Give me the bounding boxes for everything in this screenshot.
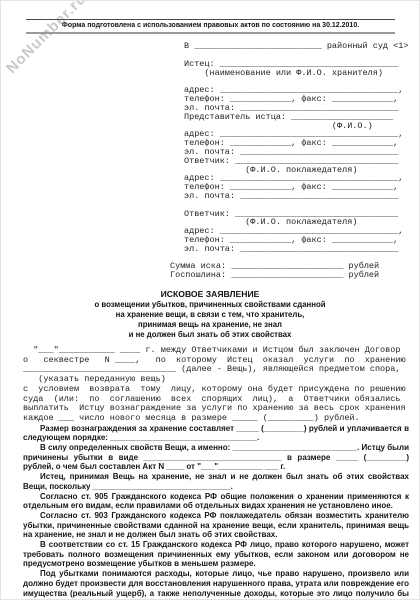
form-line-email: эл. почта: _____________________________… [184, 245, 416, 254]
body-paragraph-art-905: Согласно ст. 905 Гражданского кодекса РФ… [23, 492, 409, 511]
body-paragraph-art-15: В соответствии со ст. 15 Гражданского ко… [23, 540, 409, 569]
document-subtitle: и не должен был знать об этих свойствах [1, 330, 419, 340]
party-details-block: Истец: _________________________________… [184, 60, 416, 280]
body-mono-line: каждое ___ число нового месяца в размере… [23, 414, 409, 424]
form-line-email: эл. почта: _____________________________… [184, 192, 416, 201]
contract-intro-paragraph: "___"___________ ____ г. между Ответчика… [23, 346, 409, 424]
court-line: В _________________________ районный суд… [184, 42, 408, 51]
document-subtitle: на хранение вещи, в связи с тем, что хра… [1, 310, 419, 320]
body-paragraph-damages: В силу определенных свойств Вещи, а имен… [23, 443, 409, 472]
form-caption-plaintiff: (наименование или Ф.И.О. хранителя) [184, 69, 416, 78]
document-body: "___"___________ ____ г. между Ответчика… [23, 346, 409, 600]
form-line-state-duty: Госпошлина: ______________________ рубле… [170, 271, 402, 280]
body-paragraph-art-903: Согласно ст. 903 Гражданского кодекса РФ… [23, 511, 409, 540]
body-paragraph-knowledge: Истец, принимая Вещь на хранение, не зна… [23, 472, 409, 491]
document-subtitle: о возмещении убытков, причиненных свойст… [1, 300, 419, 310]
document-title: ИСКОВОЕ ЗАЯВЛЕНИЕ [1, 289, 419, 300]
document-subtitle: принимая вещь на хранение, не знал [1, 320, 419, 330]
header-notice: Форма подготовлена с использованием прав… [26, 19, 395, 34]
body-paragraph-losses-definition: Под убытками понимаются расходы, которые… [23, 569, 409, 600]
body-paragraph-remuneration: Размер вознаграждения за хранение состав… [23, 424, 409, 443]
watermark: NoNumber.ru [3, 0, 90, 77]
document-page: NoNumber.ru Форма подготовлена с использ… [0, 0, 420, 600]
title-block: ИСКОВОЕ ЗАЯВЛЕНИЕ о возмещении убытков, … [1, 289, 419, 340]
